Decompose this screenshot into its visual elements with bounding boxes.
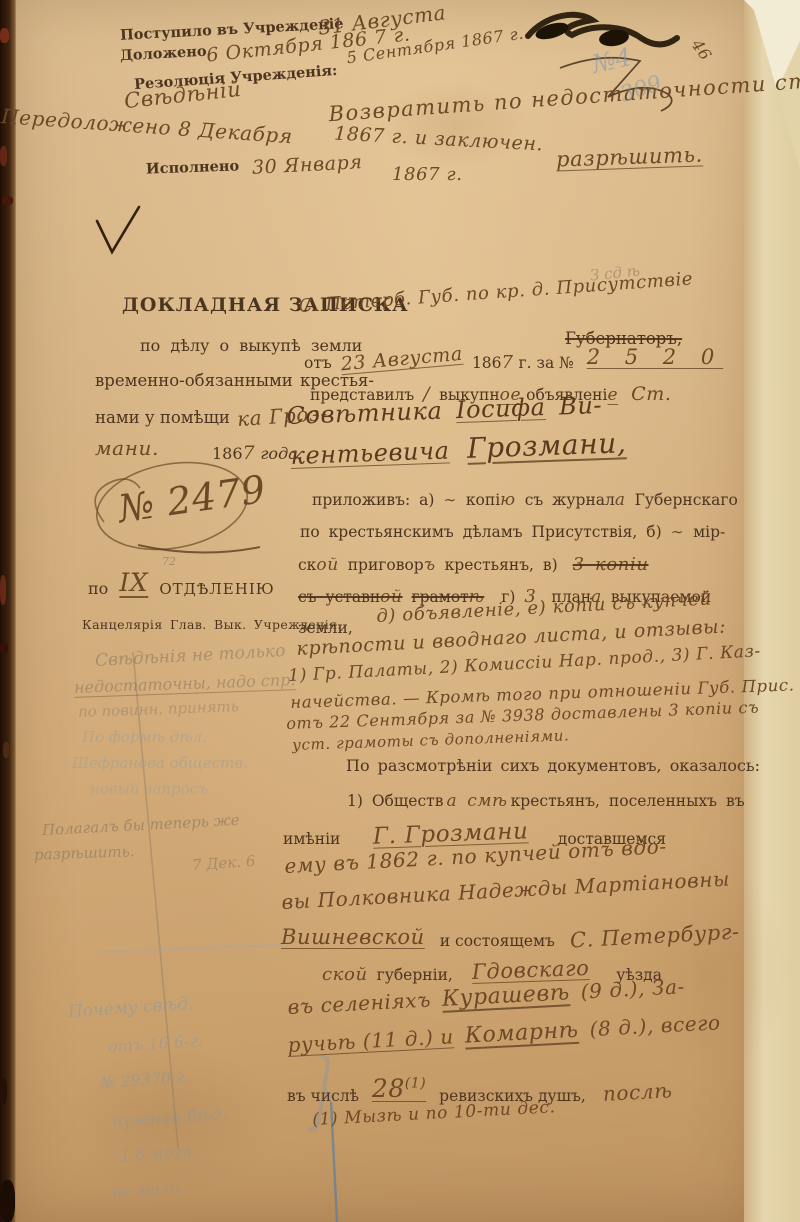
attach-b-tilde: ∼ — [671, 523, 685, 541]
date-ot: отъ — [304, 354, 332, 372]
edge-mark — [0, 28, 9, 43]
attach-line-e-printed: земли, — [298, 620, 353, 636]
attach-a-zhurnal: съ журнал — [525, 491, 615, 509]
attach-a-hw2: а — [615, 490, 626, 510]
executed-year-hw: 1867 г. — [392, 166, 463, 185]
attach-b-printed: по крестьянскимъ дѣламъ Присутствія, б) — [300, 523, 662, 541]
attach-b-mir: мір- — [693, 523, 725, 541]
attach-c-hw: ой — [316, 555, 338, 575]
date-186: 186 — [472, 354, 502, 372]
review-line: По разсмотрѣніи сихъ документовъ, оказал… — [346, 758, 760, 775]
s6-gdovskago: Гдовскаго — [471, 957, 589, 983]
archival-photo: Поступило въ Учрежденіе 31 Августа 5 Сен… — [0, 0, 800, 1222]
s9-footnote-marker: (1) — [405, 1076, 426, 1092]
pres-hw-st: Ст. — [631, 383, 671, 405]
s6-skoy: ской — [322, 964, 368, 985]
under-sheet — [744, 0, 800, 1222]
edge-mark — [0, 575, 6, 605]
attach-line-a: приложивъ: а) ∼ копію съ журнала Губернс… — [312, 492, 738, 510]
attach-a-gub: Губернскаго — [635, 491, 738, 509]
attach-line-b: по крестьянскимъ дѣламъ Присутствія, б) … — [300, 524, 725, 540]
name-kentevicha: кентьевича — [290, 436, 450, 470]
attach-a-hw: ю — [500, 490, 516, 510]
s9-posle-hw: послѣ — [602, 1080, 673, 1105]
date-line: отъ 23 Августа 1867 г. за № 2 5 2 0 — [304, 350, 723, 373]
attach-c-hw2: ъ — [424, 555, 436, 575]
attach-c-prigovor: приговор — [348, 556, 424, 574]
attach-a-label: приложивъ: а) — [312, 491, 434, 509]
docket-line-3-printed: нами у помѣщи — [95, 409, 230, 426]
s5-vishnevskoy: Вишневской — [281, 926, 425, 948]
dept-pencil-mark: 72 — [162, 556, 176, 568]
docket-year-hw: 7 — [243, 442, 256, 464]
date-7: 7 — [502, 352, 514, 373]
edge-mark — [0, 643, 8, 654]
pres-hw-e: е — [607, 385, 618, 405]
edge-mark — [0, 1078, 7, 1104]
s2-imenii: имѣніи — [283, 830, 340, 848]
s9-28: 28 — [372, 1074, 405, 1103]
section1-line-1: 1) Общества смѣкрестьянъ, поселенныхъ въ — [347, 793, 745, 811]
attach-c-sk: ск — [298, 556, 316, 574]
docket-year: 1867 года. — [212, 444, 303, 464]
s1-hw: а смѣ — [446, 791, 507, 811]
name-vi: Ви- — [559, 391, 603, 420]
s1-krest: крестьянъ, поселенныхъ въ — [511, 792, 745, 810]
date-g-za: г. за № — [519, 354, 574, 372]
attach-a-kopi: копі — [466, 491, 500, 509]
executed-label: Исполнено — [146, 158, 240, 176]
edge-mark — [0, 1180, 15, 1222]
section1-line-5: Вишневской и состоящемъ С. Петербург- — [281, 928, 740, 950]
docket-year-printed: 186 — [212, 444, 243, 463]
s6-gubernii: губерніи, — [377, 966, 453, 984]
margin-note-2: разрѣшить. — [34, 844, 135, 863]
name-grozmani: Грозмани, — [467, 426, 627, 465]
name-iosif: Іосифа — [455, 393, 545, 424]
s5-printed: и состоящемъ — [440, 932, 555, 950]
edge-mark — [0, 146, 7, 166]
date-hw: 23 Августа — [340, 345, 464, 376]
s9-28-group: 28(1) — [372, 1076, 426, 1102]
attach-c-krest: крестьянъ, в) — [445, 556, 558, 574]
pencil-note-4: По формѣ дѣл. — [82, 730, 207, 746]
dept-po: по — [88, 579, 108, 598]
attach-line-c: ской приговоръ крестьянъ, в) 3 копіи — [298, 556, 649, 575]
dept-hw: ІХ — [119, 570, 148, 596]
pencil-note-6: новый запросъ — [90, 782, 208, 798]
dept-word: ОТДѢЛЕНІЮ — [159, 580, 274, 598]
s9-v-chisle: въ числѣ — [287, 1087, 359, 1105]
attach-a-tilde: ∼ — [443, 491, 457, 509]
docket-line-4-hw: мани. — [95, 438, 159, 459]
blue-note-6: не мало. — [112, 1180, 186, 1201]
name-sovetnika: Совѣтника — [286, 397, 443, 430]
binding-edge — [0, 0, 16, 1222]
date-number-hw: 2 5 2 0 — [587, 346, 723, 368]
attach-c-struck: 3 копіи — [573, 554, 649, 575]
attach-d-struck1: съ уставн — [298, 588, 380, 606]
pencil-note-5: Шефранова обществ. — [72, 756, 248, 772]
s1-obshestv: 1) Обществ — [347, 792, 443, 810]
docket-dept: по ІХ ОТДѢЛЕНІЮ — [88, 573, 275, 599]
edge-mark — [2, 196, 13, 205]
resolution-hw-5: разрѣшить. — [556, 143, 704, 170]
edge-mark — [3, 742, 9, 758]
